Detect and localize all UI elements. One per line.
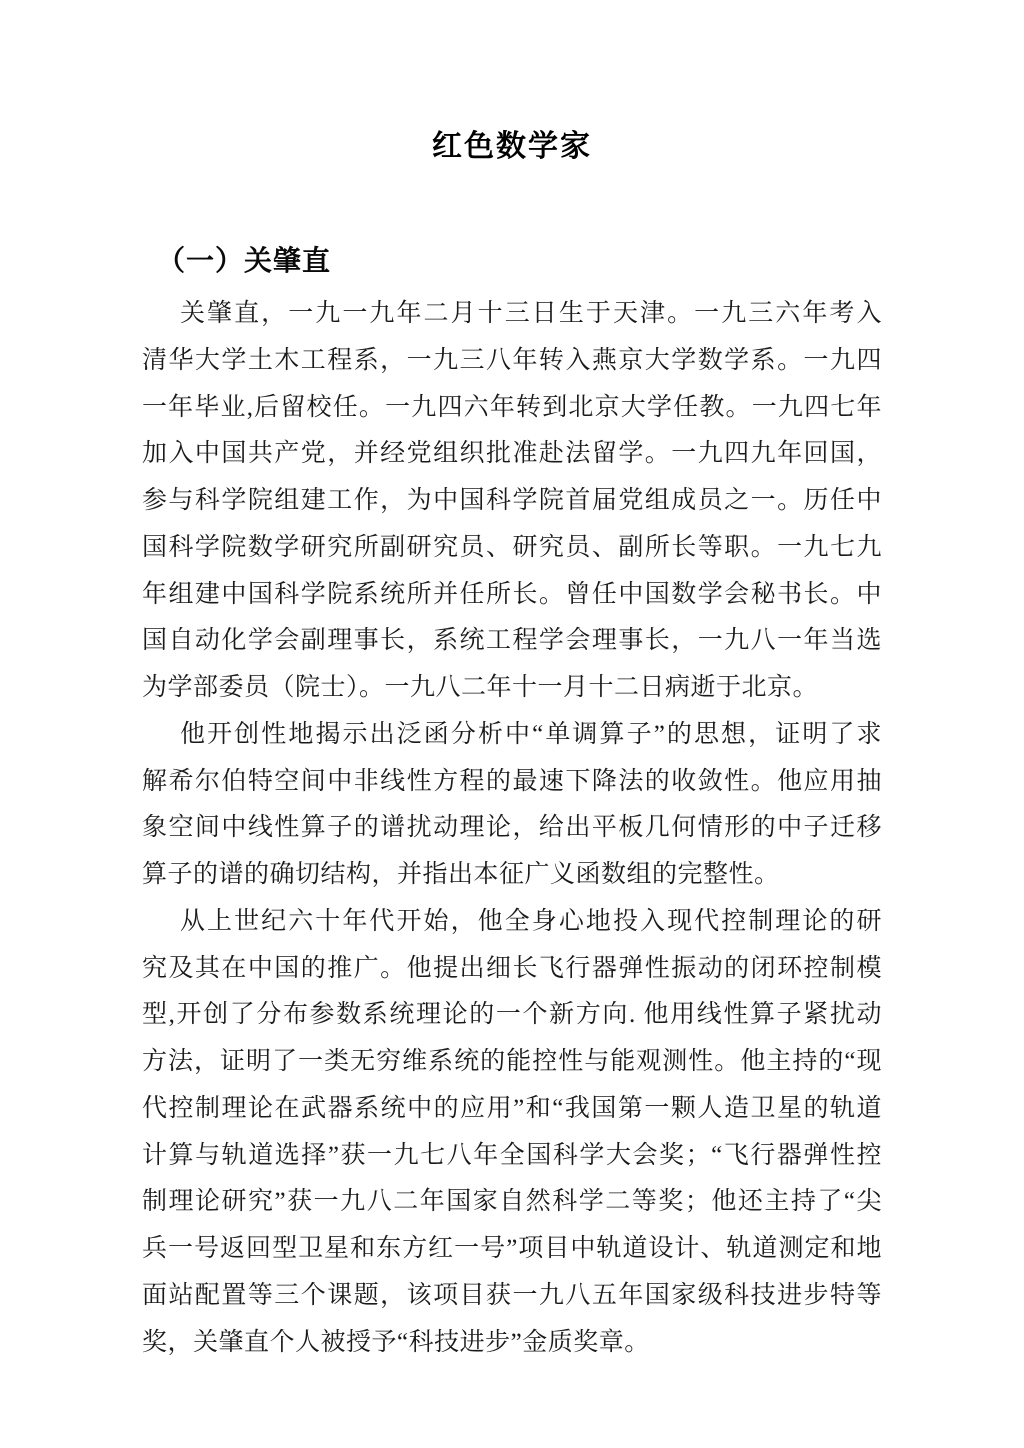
text-line: 年组建中国科学院系统所并任所长。曾任中国数学会秘书长。中 — [142, 572, 882, 619]
document-page: 红色数学家 （一）关肇直 关肇直，一九一九年二月十三日生于天津。一九三六年考入清… — [0, 0, 1024, 1448]
text-line: 他开创性地揭示出泛函分析中“单调算子”的思想，证明了求 — [142, 712, 882, 759]
text-line: 为学部委员（院士）。一九八二年十一月十二日病逝于北京。 — [142, 665, 882, 712]
text-line: 关肇直，一九一九年二月十三日生于天津。一九三六年考入 — [142, 291, 882, 338]
section-heading: （一）关肇直 — [157, 243, 331, 281]
text-line: 清华大学土木工程系，一九三八年转入燕京大学数学系。一九四 — [142, 338, 882, 385]
text-line: 计算与轨道选择”获一九七八年全国科学大会奖；“飞行器弹性控 — [142, 1133, 882, 1180]
text-line: 奖，关肇直个人被授予“科技进步”金质奖章。 — [142, 1320, 882, 1367]
text-line: 算子的谱的确切结构，并指出本征广义函数组的完整性。 — [142, 852, 882, 899]
text-line: 代控制理论在武器系统中的应用”和“我国第一颗人造卫星的轨道 — [142, 1086, 882, 1133]
text-line: 国科学院数学研究所副研究员、研究员、副所长等职。一九七九 — [142, 525, 882, 572]
text-line: 从上世纪六十年代开始，他全身心地投入现代控制理论的研 — [142, 899, 882, 946]
text-line: 方法，证明了一类无穷维系统的能控性与能观测性。他主持的“现 — [142, 1039, 882, 1086]
document-body: 关肇直，一九一九年二月十三日生于天津。一九三六年考入清华大学土木工程系，一九三八… — [142, 291, 882, 1366]
text-line: 加入中国共产党，并经党组织批准赴法留学。一九四九年回国， — [142, 431, 882, 478]
text-line: 国自动化学会副理事长，系统工程学会理事长，一九八一年当选 — [142, 618, 882, 665]
text-line: 象空间中线性算子的谱扰动理论，给出平板几何情形的中子迁移 — [142, 805, 882, 852]
document-title: 红色数学家 — [0, 129, 1024, 165]
text-line: 型,开创了分布参数系统理论的一个新方向. 他用线性算子紧扰动 — [142, 992, 882, 1039]
text-line: 究及其在中国的推广。他提出细长飞行器弹性振动的闭环控制模 — [142, 946, 882, 993]
text-line: 制理论研究”获一九八二年国家自然科学二等奖；他还主持了“尖 — [142, 1179, 882, 1226]
text-line: 面站配置等三个课题，该项目获一九八五年国家级科技进步特等 — [142, 1273, 882, 1320]
text-line: 参与科学院组建工作，为中国科学院首届党组成员之一。历任中 — [142, 478, 882, 525]
text-line: 一年毕业,后留校任。一九四六年转到北京大学任教。一九四七年 — [142, 385, 882, 432]
text-line: 兵一号返回型卫星和东方红一号”项目中轨道设计、轨道测定和地 — [142, 1226, 882, 1273]
text-line: 解希尔伯特空间中非线性方程的最速下降法的收敛性。他应用抽 — [142, 759, 882, 806]
